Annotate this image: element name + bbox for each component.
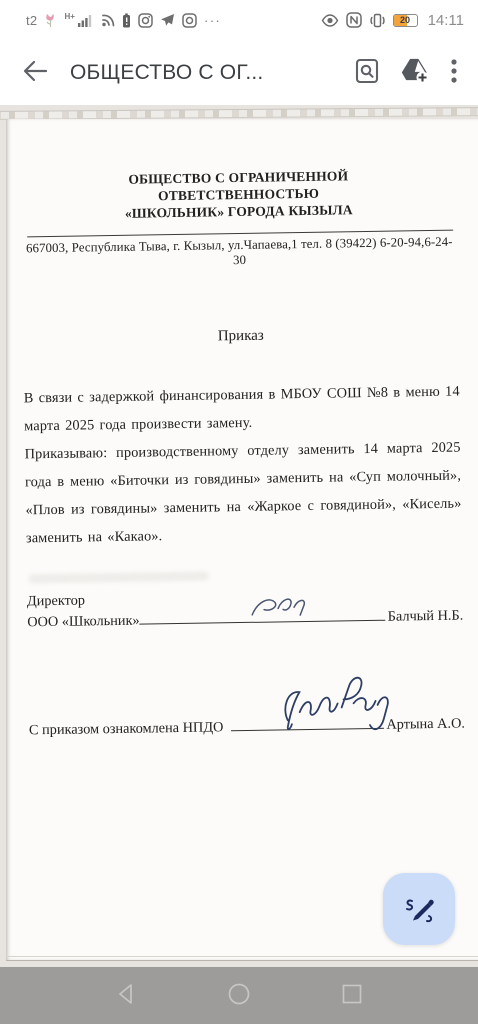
annotate-pen-icon — [402, 891, 436, 928]
nav-recents-button[interactable] — [333, 975, 371, 1016]
document-viewport[interactable]: ОБЩЕСТВО С ОГРАНИЧЕННОЙ ОТВЕТСТВЕННОСТЬЮ… — [0, 105, 478, 967]
status-right: 20 14:11 — [321, 12, 464, 29]
carrier-label: t2 — [26, 13, 37, 28]
network-type-label: H+ — [64, 12, 74, 21]
nav-back-icon — [113, 995, 139, 1010]
document-title: ОБЩЕСТВО С ОГ... — [70, 61, 344, 85]
signature-block-director: Директор ООО «Школьник» Балчый Н.Б. — [27, 587, 464, 632]
acknowledged-label: С приказом ознакомлена НПДО — [29, 720, 224, 740]
find-in-document-icon — [355, 72, 379, 87]
acknowledged-sign-row: С приказом ознакомлена НПДО Артына А.О. — [29, 712, 465, 740]
nav-recents-icon — [339, 995, 365, 1010]
battery-percent: 20 — [394, 15, 417, 26]
camera-app-icon — [182, 13, 197, 28]
director-signature-line — [139, 605, 385, 625]
status-left: t2 H+ ··· — [26, 12, 221, 28]
director-name: Балчый Н.Б. — [386, 607, 464, 625]
overflow-menu-button[interactable] — [440, 51, 468, 94]
telegram-icon — [160, 13, 175, 27]
nav-home-button[interactable] — [220, 975, 258, 1016]
address-line: 667003, Республика Тыва, г. Кызыл, ул.Ча… — [21, 235, 457, 272]
org-header: ОБЩЕСТВО С ОГРАНИЧЕННОЙ ОТВЕТСТВЕННОСТЬЮ… — [20, 166, 457, 224]
nav-back-button[interactable] — [107, 975, 145, 1016]
nav-home-icon — [226, 995, 252, 1010]
hotspot-icon — [101, 14, 115, 27]
more-status-icons: ··· — [204, 12, 221, 28]
document-page: ОБЩЕСТВО С ОГРАНИЧЕННОЙ ОТВЕТСТВЕННОСТЬЮ… — [6, 119, 478, 961]
back-arrow-icon — [22, 70, 48, 85]
nfc-icon — [346, 12, 362, 28]
ink-bleed-smudge — [29, 572, 209, 584]
status-bar: t2 H+ ··· — [0, 0, 478, 40]
battery-icon: 20 — [393, 14, 418, 27]
director-role-line2: ООО «Школьник» — [27, 612, 140, 631]
instagram-icon — [138, 13, 153, 28]
eye-icon — [321, 14, 339, 27]
director-signature-handwriting — [248, 594, 314, 626]
overflow-menu-icon — [451, 71, 457, 86]
vibrate-icon — [369, 13, 386, 28]
document-content: ОБЩЕСТВО С ОГРАНИЧЕННОЙ ОТВЕТСТВЕННОСТЬЮ… — [0, 115, 478, 963]
annotate-fab[interactable] — [383, 873, 455, 945]
app-bar: ОБЩЕСТВО С ОГ... — [0, 40, 478, 105]
doc-title: Приказ — [23, 325, 459, 349]
drive-add-icon — [401, 72, 429, 87]
signature-block-acknowledged: С приказом ознакомлена НПДО Артына А.О. — [29, 712, 465, 740]
signal-bars-icon — [78, 14, 94, 27]
acknowledged-signature-line — [231, 714, 384, 732]
flower-icon — [44, 13, 57, 28]
add-to-drive-button[interactable] — [390, 50, 440, 95]
paragraph-2: Приказываю: производственному отделу зам… — [24, 434, 462, 553]
find-in-document-button[interactable] — [344, 50, 390, 95]
paragraph-1: В связи с задержкой финансирования в МБО… — [24, 378, 461, 441]
back-button[interactable] — [16, 54, 54, 91]
acknowledged-signature-handwriting — [280, 673, 409, 744]
screen: t2 H+ ··· — [0, 0, 478, 1024]
navigation-bar — [0, 967, 478, 1024]
battery-alert-icon — [122, 13, 131, 28]
clock: 14:11 — [428, 12, 464, 29]
